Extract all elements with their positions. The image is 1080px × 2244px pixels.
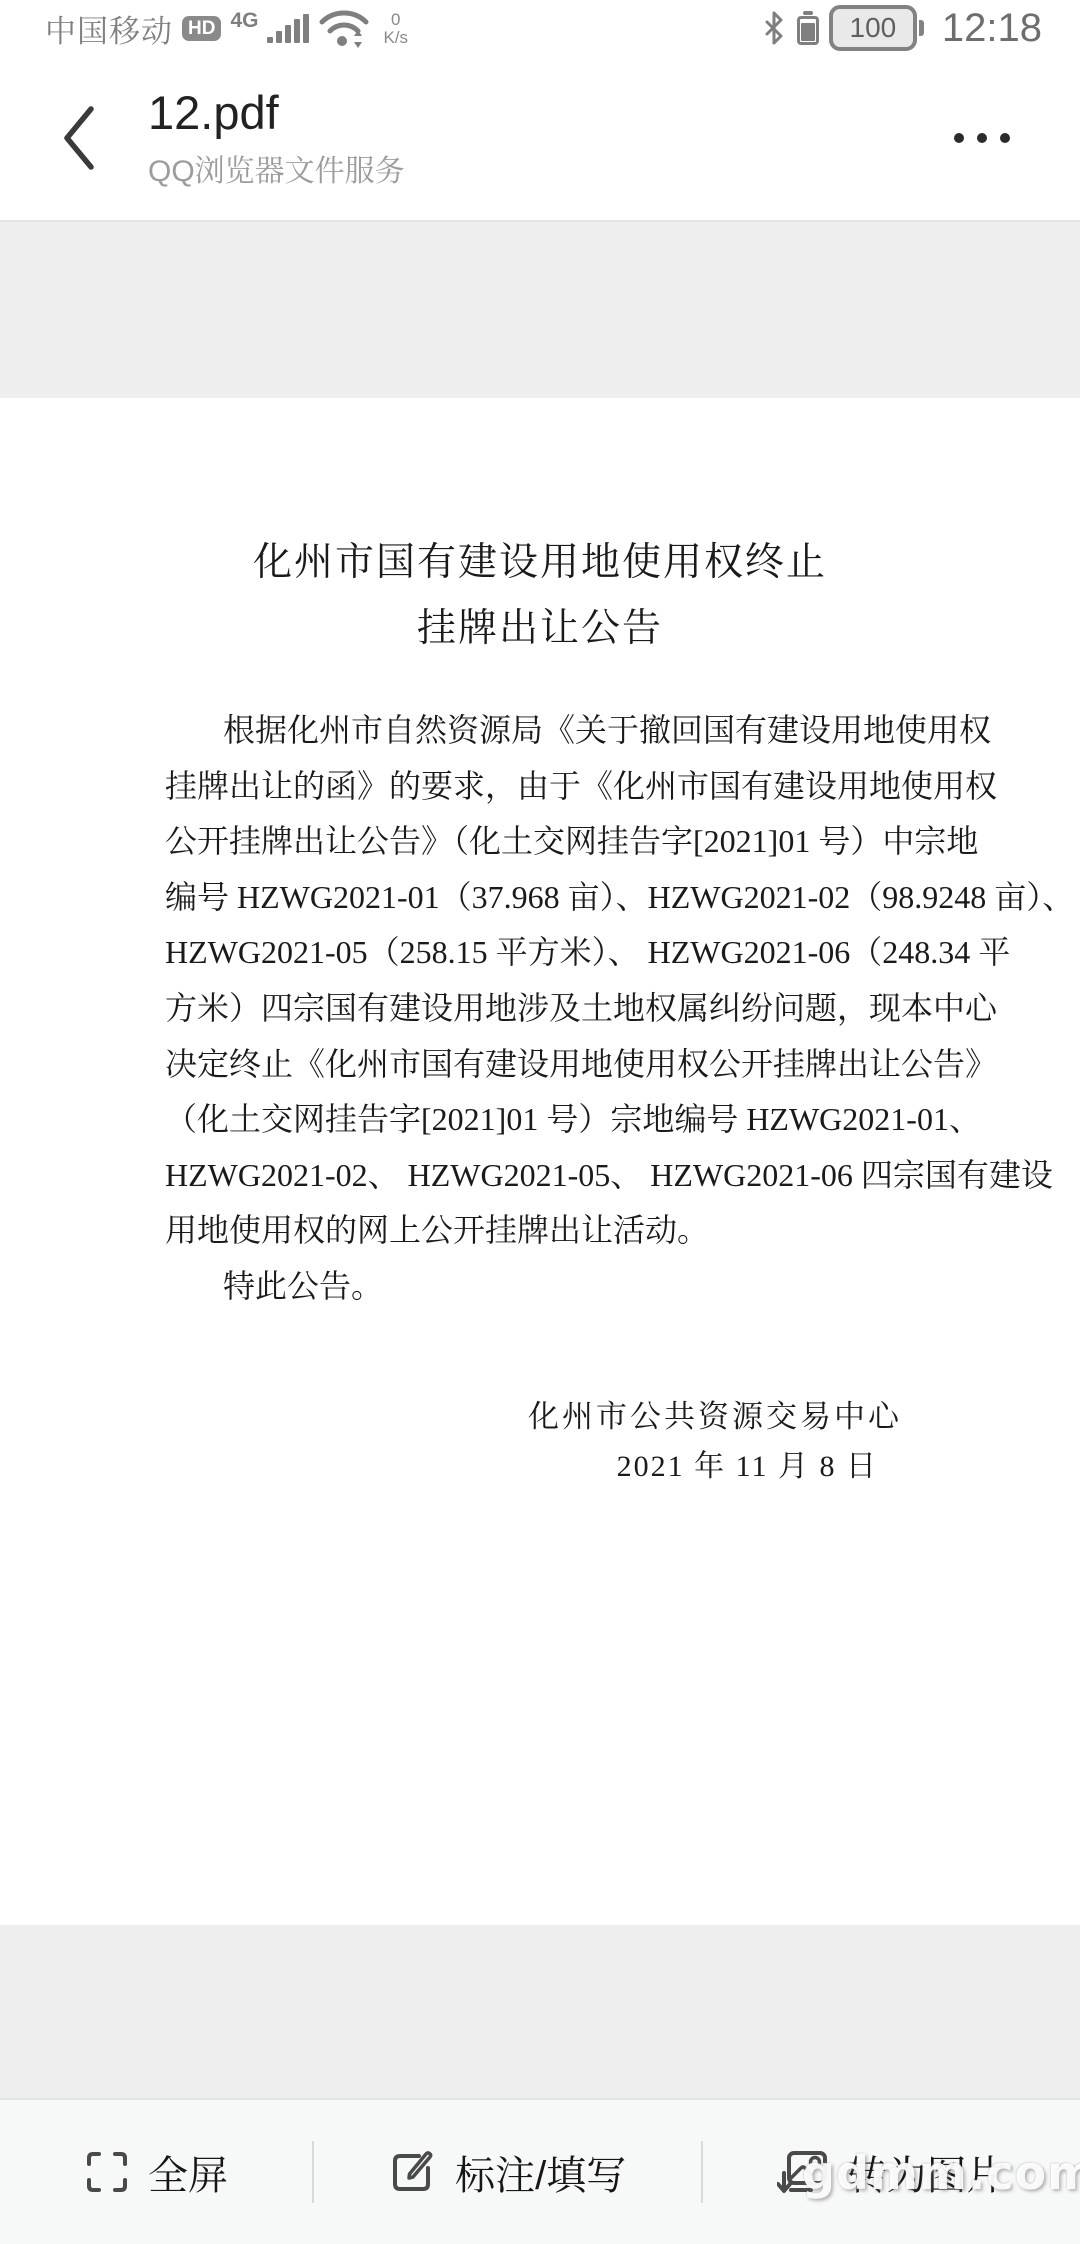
convert-image-label: 转为图片 — [847, 2144, 1007, 2201]
annotate-button[interactable]: 标注/填写 — [314, 2100, 701, 2244]
signal-bars-icon — [267, 13, 309, 43]
doc-line: HZWG2021-02、 HZWG2021-05、 HZWG2021-06 四宗… — [165, 1148, 930, 1204]
fullscreen-button[interactable]: 全屏 — [0, 2100, 312, 2244]
doc-line: 决定终止《化州市国有建设用地使用权公开挂牌出让公告》 — [165, 1037, 930, 1093]
speed-value: 0 — [391, 11, 400, 29]
document-title-line2: 挂牌出让公告 — [0, 596, 1080, 662]
viewer-margin-top — [0, 222, 1080, 398]
network-speed: 0 K/s — [383, 11, 408, 47]
convert-image-icon — [777, 2147, 829, 2197]
carrier-label: 中国移动 — [45, 6, 173, 51]
doc-closing: 特此公告。 — [165, 1259, 930, 1315]
back-button[interactable] — [58, 93, 118, 183]
document-title: 化州市国有建设用地使用权终止 挂牌出让公告 — [0, 398, 1080, 662]
document-title-line1: 化州市国有建设用地使用权终止 — [0, 530, 1080, 596]
document-signature: 化州市公共资源交易中心 — [0, 1393, 1080, 1441]
network-type-label: 4G — [230, 9, 258, 33]
phone-screen: 中国移动 HD 4G 0 K/s — [0, 0, 1080, 2244]
file-subtitle: QQ浏览器文件服务 — [148, 146, 405, 190]
doc-line: 公开挂牌出让公告》（化土交网挂告字[2021]01 号）中宗地 — [165, 814, 930, 870]
doc-line: 编号 HZWG2021-01（37.968 亩）、HZWG2021-02（98.… — [165, 870, 930, 926]
hd-badge: HD — [182, 16, 221, 41]
device-battery-icon — [797, 11, 819, 45]
doc-line: 挂牌出让的函》的要求，由于《化州市国有建设用地使用权 — [165, 759, 930, 815]
pdf-page[interactable]: 化州市国有建设用地使用权终止 挂牌出让公告 根据化州市自然资源局《关于撤回国有建… — [0, 398, 1080, 1925]
doc-line: HZWG2021-05（258.15 平方米）、 HZWG2021-06（248… — [165, 925, 930, 981]
document-body: 根据化州市自然资源局《关于撤回国有建设用地使用权 挂牌出让的函》的要求，由于《化… — [0, 703, 1080, 1315]
battery-icon: 100 — [829, 5, 924, 51]
speed-unit: K/s — [383, 29, 408, 47]
doc-line: （化土交网挂告字[2021]01 号）宗地编号 HZWG2021-01、 — [165, 1092, 930, 1148]
convert-to-image-button[interactable]: 转为图片 — [703, 2100, 1080, 2244]
fullscreen-label: 全屏 — [148, 2144, 228, 2201]
fullscreen-icon — [84, 2149, 130, 2195]
status-right-group: 100 12:18 — [763, 5, 1042, 51]
doc-line: 根据化州市自然资源局《关于撤回国有建设用地使用权 — [165, 703, 930, 759]
chevron-left-icon — [58, 103, 100, 173]
doc-line: 方米）四宗国有建设用地涉及土地权属纠纷问题，现本中心 — [165, 981, 930, 1037]
clock: 12:18 — [942, 6, 1042, 51]
document-date: 2021 年 11 月 8 日 — [0, 1441, 1080, 1493]
status-left-group: 中国移动 HD 4G 0 K/s — [45, 6, 408, 51]
bottom-toolbar: 全屏 标注/填写 — [0, 2098, 1080, 2244]
file-title-block: 12.pdf QQ浏览器文件服务 — [148, 86, 405, 190]
more-menu-button[interactable] — [954, 113, 1010, 163]
viewer-margin-bottom — [0, 1925, 1080, 2098]
battery-percent: 100 — [850, 12, 897, 44]
bluetooth-icon — [763, 10, 785, 46]
wifi-icon — [318, 6, 370, 50]
status-bar: 中国移动 HD 4G 0 K/s — [0, 0, 1080, 56]
header-bar: 12.pdf QQ浏览器文件服务 — [0, 56, 1080, 222]
annotate-icon — [389, 2148, 437, 2196]
file-title: 12.pdf — [148, 86, 405, 140]
more-dots-icon — [954, 133, 964, 143]
doc-line: 用地使用权的网上公开挂牌出让活动。 — [165, 1203, 930, 1259]
annotate-label: 标注/填写 — [455, 2144, 626, 2201]
